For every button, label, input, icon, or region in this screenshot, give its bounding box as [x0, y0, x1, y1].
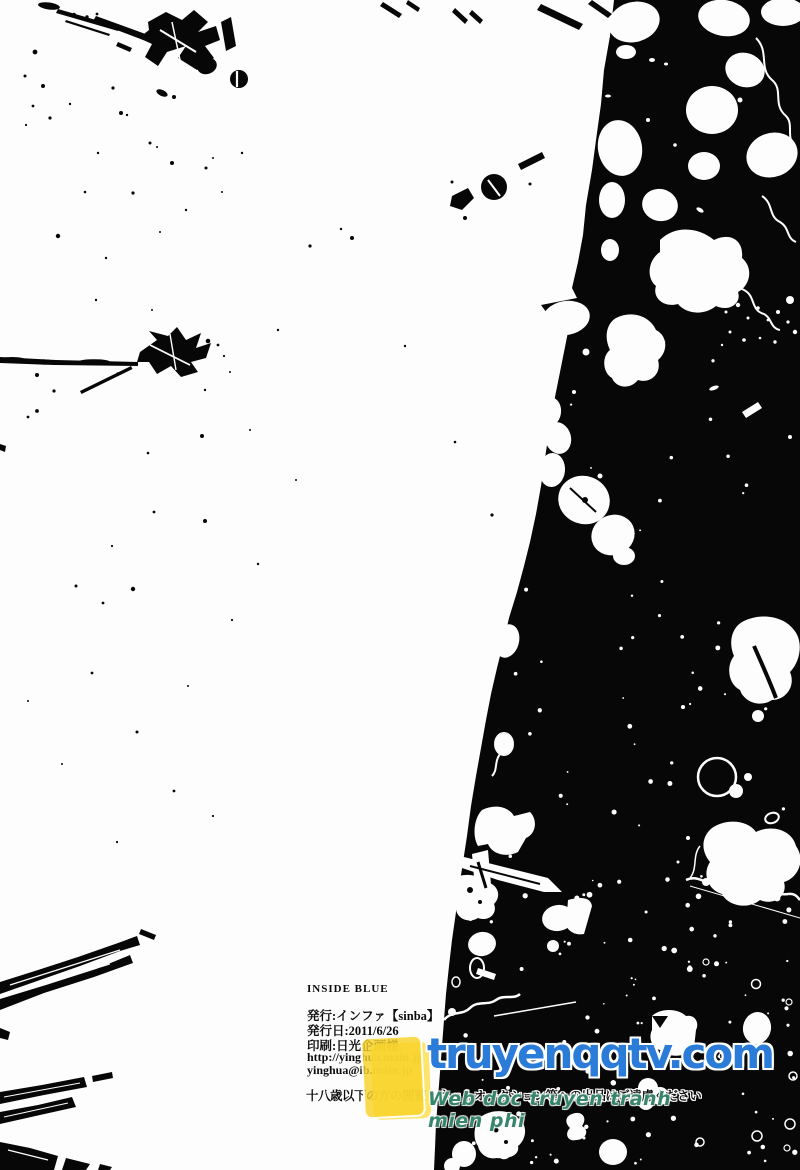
page-title: INSIDE BLUE — [307, 983, 389, 995]
slogan-watermark: Web doc truyen tranh mien phi — [428, 1088, 728, 1132]
brush-strokes-bottom-left — [0, 929, 156, 1170]
manga-page: INSIDE BLUE 発行:インファ【sinba】 発行日:2011/6/26… — [0, 0, 800, 1170]
highlight-box-front — [360, 1034, 426, 1119]
site-watermark: truyenqqtv.com — [420, 1029, 780, 1078]
ink-splatter-top-left — [24, 0, 613, 331]
ink-splatter-mid-left — [0, 299, 534, 843]
ink-artwork — [0, 0, 800, 1170]
